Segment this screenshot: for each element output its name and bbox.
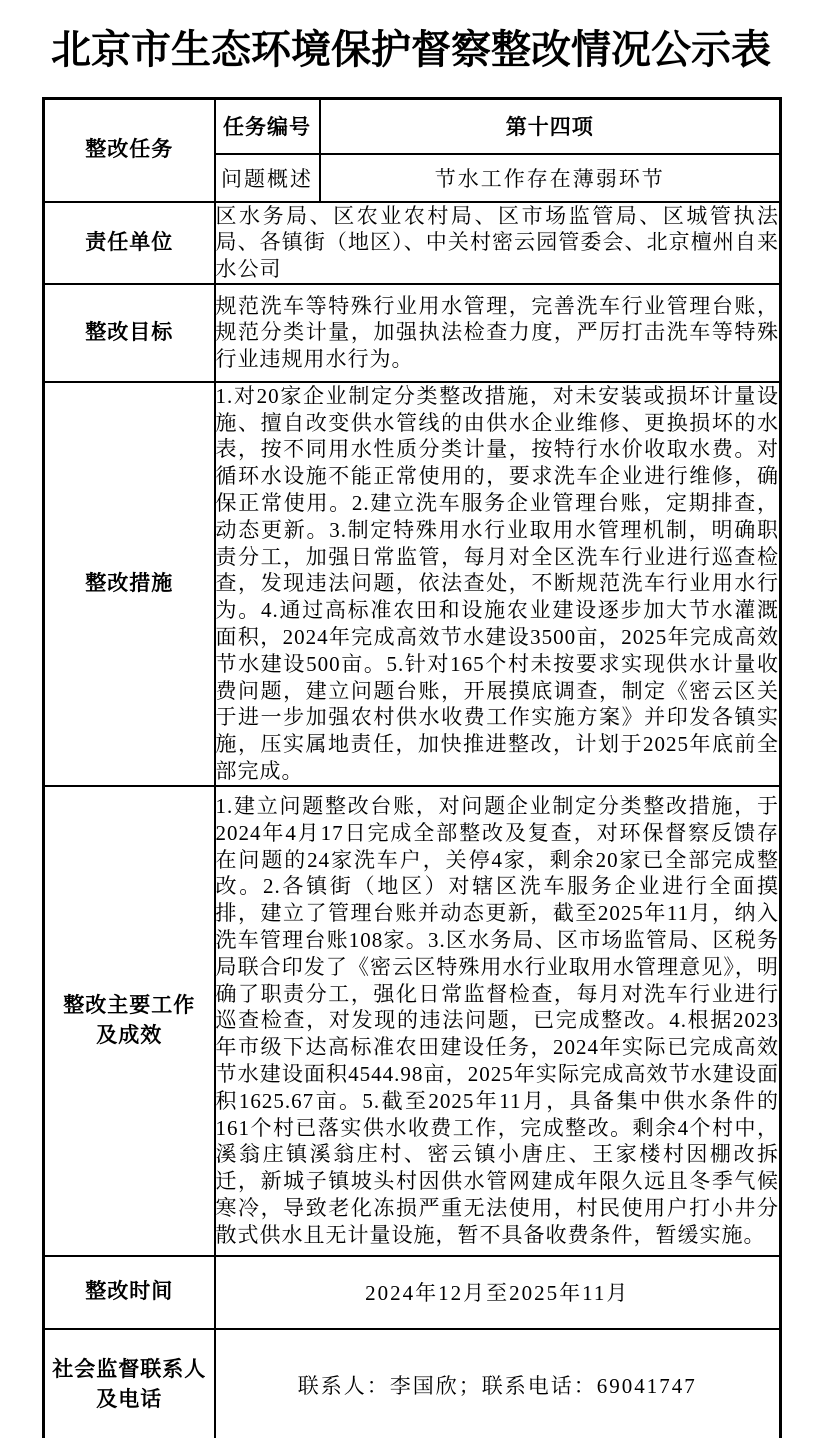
problem-summary-label-cell: 问题概述 (215, 154, 320, 202)
time-label-cell: 整改时间 (44, 1256, 215, 1329)
document-page: 北京市生态环境保护督察整改情况公示表 整改任务 任务编号 第十四项 问题概述 节… (0, 0, 822, 1438)
table-row: 社会监督联系人 及电话 联系人：李国欣；联系电话：69041747 (44, 1329, 781, 1438)
measures-label-cell: 整改措施 (44, 382, 215, 786)
task-number-value-cell: 第十四项 (320, 99, 781, 154)
goal-value-cell: 规范洗车等特殊行业用水管理，完善洗车行业管理台账，规范分类计量，加强执法检查力度… (215, 284, 781, 382)
task-number-label-cell: 任务编号 (215, 99, 320, 154)
responsible-unit-label-cell: 责任单位 (44, 202, 215, 284)
problem-summary-value-cell: 节水工作存在薄弱环节 (320, 154, 781, 202)
responsible-unit-value-cell: 区水务局、区农业农村局、区市场监管局、区城管执法局、各镇街（地区）、中关村密云园… (215, 202, 781, 284)
table-row: 整改时间 2024年12月至2025年11月 (44, 1256, 781, 1329)
rectification-table: 整改任务 任务编号 第十四项 问题概述 节水工作存在薄弱环节 责任单位 区水务局… (42, 97, 782, 1438)
table-row: 整改目标 规范洗车等特殊行业用水管理，完善洗车行业管理台账，规范分类计量，加强执… (44, 284, 781, 382)
contact-value-cell: 联系人：李国欣；联系电话：69041747 (215, 1329, 781, 1438)
table-row: 整改主要工作 及成效 1.建立问题整改台账，对问题企业制定分类整改措施，于202… (44, 786, 781, 1256)
table-row: 整改任务 任务编号 第十四项 (44, 99, 781, 154)
work-results-label-cell: 整改主要工作 及成效 (44, 786, 215, 1256)
contact-label-cell: 社会监督联系人 及电话 (44, 1329, 215, 1438)
page-title: 北京市生态环境保护督察整改情况公示表 (0, 24, 822, 76)
goal-label-cell: 整改目标 (44, 284, 215, 382)
measures-value-cell: 1.对20家企业制定分类整改措施，对未安装或损坏计量设施、擅自改变供水管线的由供… (215, 382, 781, 786)
task-label-cell: 整改任务 (44, 99, 215, 202)
table-row: 责任单位 区水务局、区农业农村局、区市场监管局、区城管执法局、各镇街（地区）、中… (44, 202, 781, 284)
table-row: 整改措施 1.对20家企业制定分类整改措施，对未安装或损坏计量设施、擅自改变供水… (44, 382, 781, 786)
time-value-cell: 2024年12月至2025年11月 (215, 1256, 781, 1329)
work-results-value-cell: 1.建立问题整改台账，对问题企业制定分类整改措施，于2024年4月17日完成全部… (215, 786, 781, 1256)
